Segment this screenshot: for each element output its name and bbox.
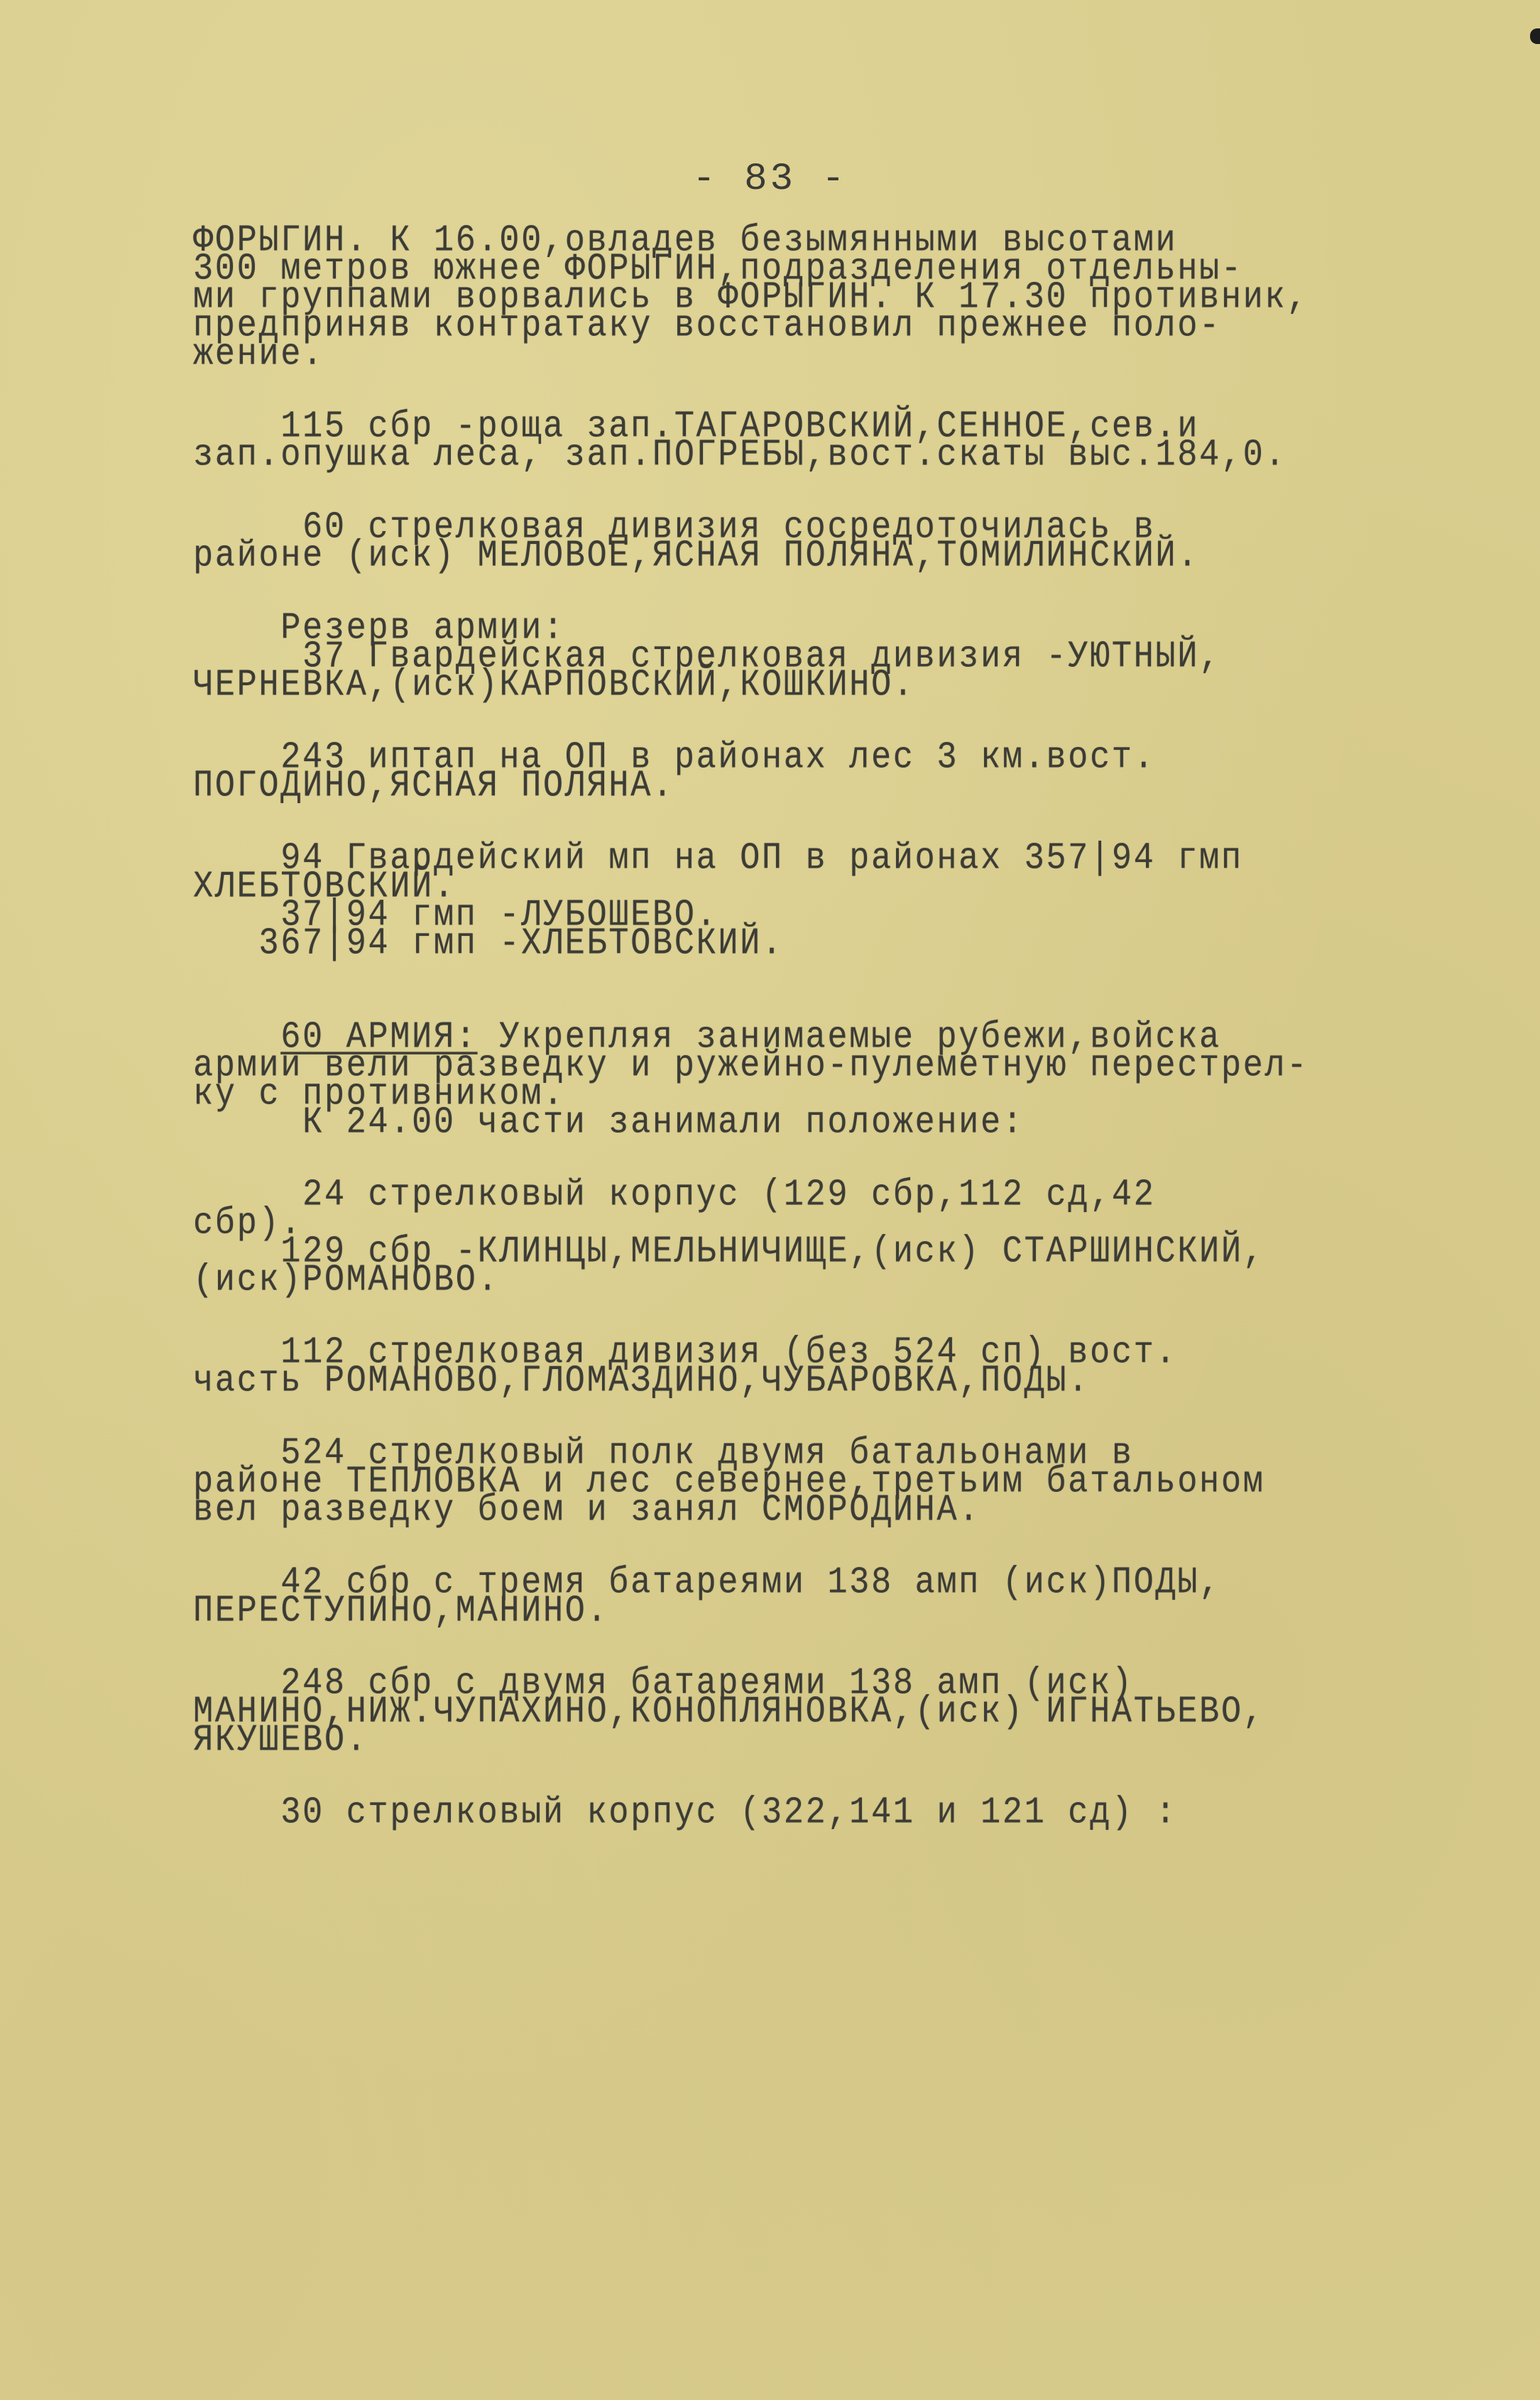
paragraph-24-corps: 24 стрелковый корпус (129 сбр,112 сд,42 … xyxy=(193,1180,1414,1294)
text-line: ЧЕРНЕВКА,(иск)КАРПОВСКИЙ,КОШКИНО. xyxy=(193,670,1414,702)
paragraph-243-iptap: 243 иптап на ОП в районах лес 3 км.вост.… xyxy=(193,743,1414,800)
document-page: - 83 - ФОРЫГИН. К 16.00,овладев безымянн… xyxy=(0,0,1540,2400)
paragraph-115-brigade: 115 сбр -роща зап.ТАГАРОВСКИЙ,СЕННОЕ,сев… xyxy=(193,412,1414,469)
text-line: ЯКУШЕВО. xyxy=(193,1725,1414,1757)
paragraph-94-guards-mp: 94 Гвардейский мп на ОП в районах 357|94… xyxy=(193,844,1414,957)
text-line: ПЕРЕСТУПИНО,МАНИНО. xyxy=(193,1596,1414,1628)
paragraph-60-army: 60 АРМИЯ: Укрепляя занимаемые рубежи,вой… xyxy=(193,1022,1414,1136)
text-line: жение. xyxy=(193,339,1414,371)
text-line: 30 стрелковый корпус (322,141 и 121 сд) … xyxy=(193,1798,1414,1830)
paragraph-30-corps: 30 стрелковый корпус (322,141 и 121 сд) … xyxy=(193,1798,1414,1826)
text-line: районе (иск) МЕЛОВОЕ,ЯСНАЯ ПОЛЯНА,ТОМИЛИ… xyxy=(193,541,1414,573)
paragraph-42-brigade: 42 сбр с тремя батареями 138 амп (иск)ПО… xyxy=(193,1568,1414,1625)
text-line: часть РОМАНОВО,ГЛОМАЗДИНО,ЧУБАРОВКА,ПОДЫ… xyxy=(193,1366,1414,1398)
text-line: 24 стрелковый корпус (129 сбр,112 сд,42 xyxy=(193,1180,1414,1212)
text-line: зап.опушка леса, зап.ПОГРЕБЫ,вост.скаты … xyxy=(193,440,1414,472)
paragraph-60-division: 60 стрелковая дивизия сосредоточилась в … xyxy=(193,513,1414,569)
paragraph-524-regiment: 524 стрелковый полк двумя батальонами в … xyxy=(193,1439,1414,1524)
paragraph-army-reserve: Резерв армии: 37 Гвардейская стрелковая … xyxy=(193,613,1414,699)
paragraph-248-brigade: 248 сбр с двумя батареями 138 амп (иск) … xyxy=(193,1669,1414,1754)
page-number: - 83 - xyxy=(0,158,1540,201)
text-line: 367|94 гмп -ХЛЕБТОВСКИЙ. xyxy=(193,929,1414,961)
text-line: (иск)РОМАНОВО. xyxy=(193,1265,1414,1297)
text-line: ПОГОДИНО,ЯСНАЯ ПОЛЯНА. xyxy=(193,771,1414,803)
paragraph-forygin-attack: ФОРЫГИН. К 16.00,овладев безымянными выс… xyxy=(193,226,1414,368)
text-line: К 24.00 части занимали положение: xyxy=(193,1108,1414,1140)
text-line: предприняв контратаку восстановил прежне… xyxy=(193,311,1414,343)
document-body: ФОРЫГИН. К 16.00,овладев безымянными выс… xyxy=(193,226,1414,1826)
text-line: вел разведку боем и занял СМОРОДИНА. xyxy=(193,1495,1414,1527)
text-line: МАНИНО,НИЖ.ЧУПАХИНО,КОНОПЛЯНОВКА,(иск) И… xyxy=(193,1697,1414,1729)
paragraph-112-division: 112 стрелковая дивизия (без 524 сп) вост… xyxy=(193,1338,1414,1395)
punch-hole-mark xyxy=(1530,28,1540,44)
